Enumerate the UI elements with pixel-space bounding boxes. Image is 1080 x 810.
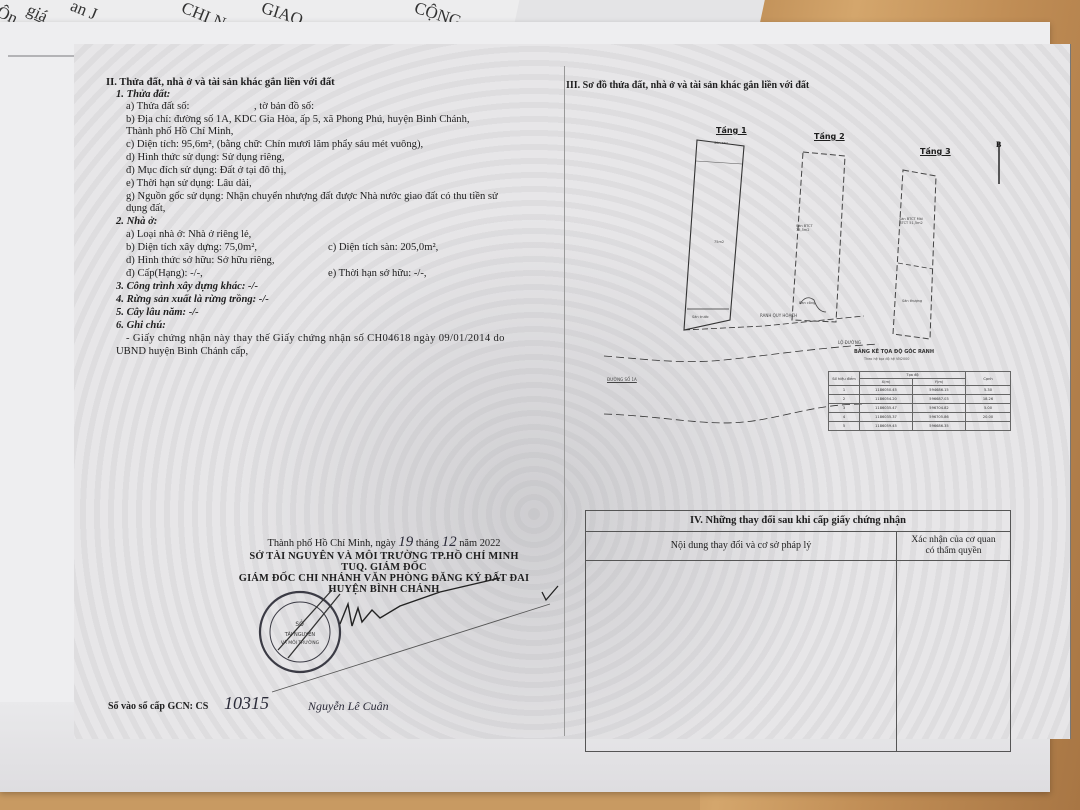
land-area: c) Diện tích: 95,6m², (bằng chữ: Chín mư… (126, 139, 423, 150)
coord-cell-x: 1186035.37 (860, 413, 913, 422)
changes-confirmation-header: Xác nhận của cơ quan có thẩm quyền (897, 532, 1010, 560)
registry-label: Số vào sổ cấp GCN: CS (108, 701, 208, 712)
coord-cell-point: 2 (829, 395, 860, 404)
land-use-purpose: đ) Mục đích sử dụng: Đất ở tại đô thị, (126, 165, 286, 176)
land-origin: g) Nguồn gốc sử dụng: Nhận chuyển nhượng… (126, 191, 498, 202)
street-label: ĐƯỜNG SỐ 1A (607, 377, 637, 382)
land-parcel-number: a) Thửa đất số: (126, 101, 190, 112)
col-edge: Cạnh (966, 372, 1011, 386)
floor-2-balcony: Ban công (799, 301, 815, 305)
coord-cell-x: 1186059.45 (860, 422, 913, 431)
land-address: b) Địa chỉ: đường số 1A, KDC Gia Hòa, ấp… (126, 114, 470, 125)
coord-cell-x: 1186054.20 (860, 395, 913, 404)
coord-cell-x: 1186035.47 (860, 404, 913, 413)
house-type: a) Loại nhà ở: Nhà ở riêng lẻ, (126, 229, 251, 240)
certificate-page: II. Thửa đất, nhà ở và tài sản khác gắn … (74, 44, 1071, 739)
coordinate-table: Số hiệu điểm Tọa độ Cạnh X(m) Y(m) 11186… (828, 371, 1011, 431)
notes-line-2: UBND huyện Bình Chánh cấp, (116, 346, 248, 357)
issuing-agency: SỞ TÀI NGUYÊN VÀ MÔI TRƯỜNG TP.HỒ CHÍ MI… (219, 551, 549, 562)
house-ownership-term: e) Thời hạn sở hữu: -/-, (328, 268, 427, 279)
coord-cell-y: 594686.15 (913, 386, 966, 395)
perennial-trees: 5. Cây lâu năm: -/- (116, 307, 199, 318)
coord-cell-edge: 5.30 (966, 386, 1011, 395)
coord-cell-y: 596686.35 (913, 422, 966, 431)
north-marker: B (996, 140, 1001, 149)
floor-plan-diagram (574, 134, 1004, 394)
signer-name: Nguyễn Lê Cuân (308, 699, 389, 714)
col-coords: Tọa độ (860, 372, 966, 379)
coord-cell-point: 4 (829, 413, 860, 422)
coord-row: 21186054.20596687.0318.26 (829, 395, 1011, 404)
coord-row: 31186035.47596704.825.00 (829, 404, 1011, 413)
notes-line-1: - Giấy chứng nhận này thay thế Giấy chứn… (126, 333, 505, 344)
changes-content-cell (586, 561, 897, 751)
floor-1-front-label: Sân trước (692, 315, 709, 319)
planted-forest: 4. Rừng sản xuất là rừng trồng: -/- (116, 294, 269, 305)
section-ii-title: II. Thửa đất, nhà ở và tài sản khác gắn … (106, 77, 335, 88)
coord-cell-edge (966, 422, 1011, 431)
notes-heading: 6. Ghi chú: (116, 320, 166, 331)
coord-cell-point: 5 (829, 422, 860, 431)
issue-month: 12 (442, 534, 457, 550)
col-y: Y(m) (913, 379, 966, 386)
section-iv-title: IV. Những thay đổi sau khi cấp giấy chứn… (586, 511, 1010, 532)
official-stamp-and-signature: SỞ TÀI NGUYÊN VÀ MÔI TRƯỜNG (260, 584, 560, 694)
registry-number: 10315 (224, 693, 269, 714)
other-constructions: 3. Công trình xây dựng khác: -/- (116, 281, 258, 292)
col-x: X(m) (860, 379, 913, 386)
floor-3-terrace: Sân thượng (902, 299, 922, 303)
boundary-label: RANH QUY HOẠCH (760, 313, 797, 318)
land-map-sheet: , tờ bản đồ số: (254, 101, 314, 112)
coord-cell-y: 596687.03 (913, 395, 966, 404)
floor-1-area: 75m2 (714, 240, 724, 244)
house-grade: đ) Cấp(Hạng): -/-, (126, 268, 203, 279)
house-heading: 2. Nhà ở: (116, 216, 157, 227)
coord-cell-edge: 20.00 (966, 413, 1011, 422)
coord-table-title: BẢNG KÊ TỌA ĐỘ GÓC RANH (854, 349, 934, 355)
coord-cell-edge: 18.26 (966, 395, 1011, 404)
coord-row: 51186059.45596686.35 (829, 422, 1011, 431)
coord-cell-edge: 5.00 (966, 404, 1011, 413)
house-floor-area: c) Diện tích sàn: 205,0m², (328, 242, 438, 253)
setback-label: LỘ ĐƯỜNG (838, 340, 861, 345)
on-behalf-of: TUQ. GIÁM ĐỐC (219, 562, 549, 573)
house-ownership: d) Hình thức sở hữu: Sở hữu riêng, (126, 255, 274, 266)
coord-cell-point: 3 (829, 404, 860, 413)
col-point: Số hiệu điểm (829, 372, 860, 386)
house-build-area: b) Diện tích xây dựng: 75,0m², (126, 242, 257, 253)
floor-1-back-label: Sân sau (714, 141, 728, 145)
section-iii-title: III. Sơ đồ thửa đất, nhà ở và tài sản kh… (566, 80, 809, 91)
floor-3-area: Sàn BTCT Mái BTCT 51,5m2 (898, 217, 924, 225)
coord-cell-y: 596705.86 (913, 413, 966, 422)
land-use-term: e) Thời hạn sử dụng: Lâu dài, (126, 178, 252, 189)
coord-table-subtitle: Theo hệ tọa độ hệ VN2000 (864, 357, 909, 361)
page-divider (564, 66, 565, 736)
floor-2-area: Sàn BTCT 78,5m2 (796, 224, 826, 232)
land-origin-cont: dụng đất, (126, 203, 165, 214)
changes-content-header: Nội dung thay đổi và cơ sở pháp lý (586, 532, 897, 560)
coord-cell-x: 1186050.45 (860, 386, 913, 395)
issue-day: 19 (398, 534, 413, 550)
coord-cell-y: 596704.82 (913, 404, 966, 413)
coord-row: 41186035.37596705.8620.00 (829, 413, 1011, 422)
land-use-form: d) Hình thức sử dụng: Sử dụng riêng, (126, 152, 284, 163)
coord-cell-point: 1 (829, 386, 860, 395)
land-address-cont: Thành phố Hồ Chí Minh, (126, 126, 233, 137)
coord-row: 11186050.45594686.155.30 (829, 386, 1011, 395)
issue-date: Thành phố Hồ Chí Minh, ngày 19 tháng 12 … (219, 534, 549, 551)
svg-text:TÀI NGUYÊN: TÀI NGUYÊN (284, 630, 316, 638)
changes-table: IV. Những thay đổi sau khi cấp giấy chứn… (585, 510, 1011, 752)
land-heading: 1. Thửa đất: (116, 89, 170, 100)
